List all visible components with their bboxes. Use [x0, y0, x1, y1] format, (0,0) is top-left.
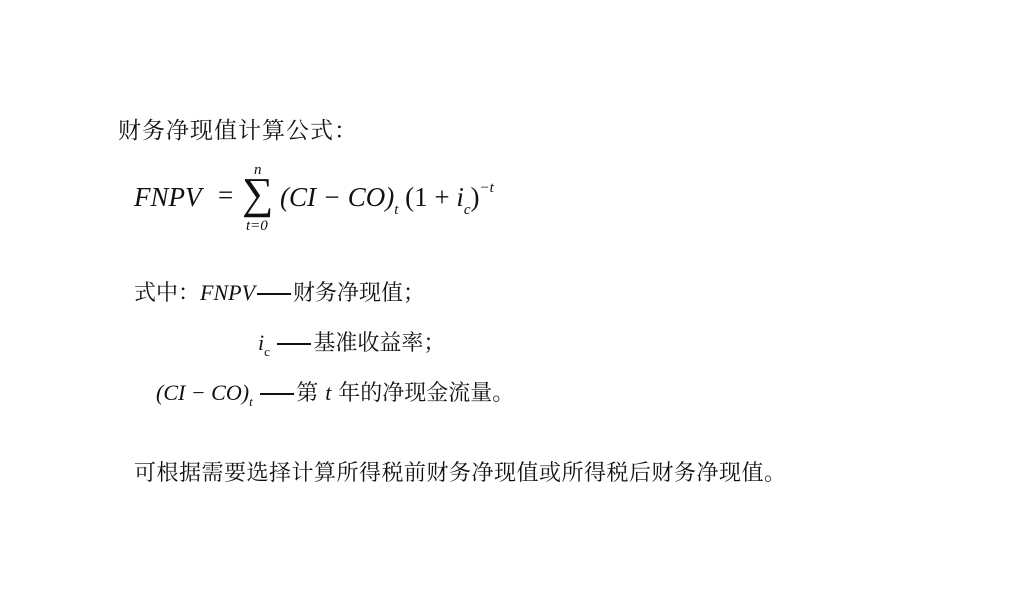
summation-lower-limit: t=0	[246, 218, 268, 235]
definition-symbol-subscript: t	[249, 394, 253, 409]
definition-fnpv: 式中：FNPV财务净现值；	[134, 276, 425, 307]
net-cash-flow-term: (CI − CO)	[280, 182, 394, 212]
em-dash	[260, 393, 294, 395]
em-dash	[257, 293, 291, 295]
section-title: 财务净现值计算公式：	[118, 112, 358, 145]
summation-upper-limit: n	[254, 162, 262, 179]
definition-text: 财务净现值；	[293, 281, 425, 306]
definition-ci-co: (CI − CO)t 第 t 年的净现金流量。	[156, 376, 514, 407]
definition-prefix: 式中：	[134, 281, 200, 306]
discount-rate-var: i	[456, 182, 464, 212]
discount-rate-subscript: c	[464, 202, 471, 218]
definition-text-post: 年的净现金流量。	[331, 381, 514, 406]
discount-close: )	[471, 182, 480, 212]
definition-symbol: FNPV	[200, 280, 255, 305]
formula-lhs: FNPV	[134, 182, 202, 213]
definition-symbol: (CI − CO)	[156, 380, 249, 405]
definition-ic: ic 基准收益率；	[258, 326, 445, 357]
definition-symbol-subscript: c	[264, 344, 270, 359]
discount-exponent: −t	[480, 180, 494, 196]
formula-equals: =	[218, 180, 233, 211]
em-dash	[277, 343, 311, 345]
formula-body: (CI − CO)t (1 + ic)−t	[280, 182, 494, 213]
discount-open: (1 +	[405, 182, 456, 212]
definition-text-pre: 第	[296, 381, 325, 406]
definition-text: 基准收益率；	[313, 331, 445, 356]
note-text: 可根据需要选择计算所得税前财务净现值或所得税后财务净现值。	[134, 456, 787, 487]
net-cash-flow-subscript: t	[394, 202, 398, 218]
